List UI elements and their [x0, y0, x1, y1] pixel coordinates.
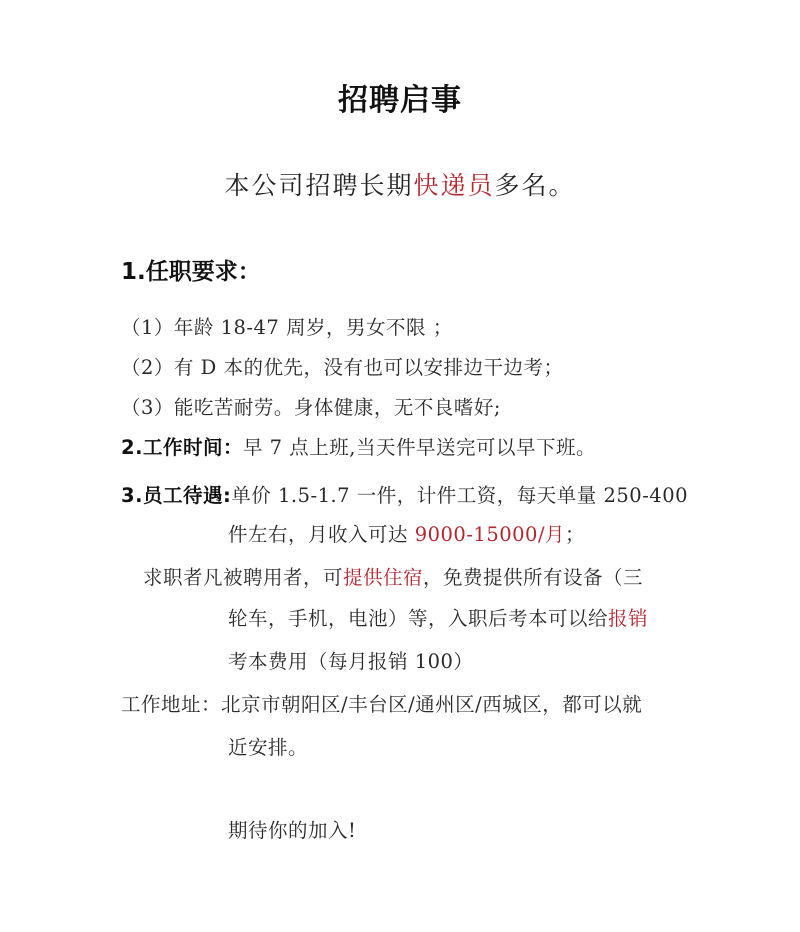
requirement-item: （1）年龄 18-47 周岁，男女不限 ；: [121, 312, 453, 340]
intro-line: 本公司招聘长期快递员多名。: [0, 166, 800, 202]
benefits-text: 求职者凡被聘用者，可: [143, 566, 343, 589]
intro-text-end: 多名。: [495, 171, 576, 200]
benefits-extra-line-2: 轮车，手机，电池）等，入职后考本可以给报销: [228, 603, 648, 631]
intro-highlight-courier: 快递员: [413, 171, 494, 200]
benefits-text: ；: [565, 523, 585, 546]
benefits-text: ，免费提供所有设备（三: [423, 566, 643, 589]
address-line-2: 近安排。: [228, 732, 308, 760]
benefits-line-1: 3.员工待遇:单价 1.5-1.7 一件，计件工资，每天单量 250-400: [121, 480, 688, 508]
benefits-line-2: 件左右，月收入可达 9000-15000/月；: [228, 519, 585, 547]
work-hours-label: 2.工作时间：: [121, 436, 243, 459]
benefits-text: 单价 1.5-1.7 一件，计件工资，每天单量 250-400: [231, 484, 688, 507]
closing-text: 期待你的加入!: [228, 815, 356, 843]
benefits-extra-line-3: 考本费用（每月报销 100）: [228, 646, 473, 674]
work-hours-text: 早 7 点上班,当天件早送完可以早下班。: [243, 436, 596, 459]
requirement-item: （2）有 D 本的优先，没有也可以安排边干边考；: [121, 352, 563, 380]
section-heading-requirements: 1.任职要求：: [121, 253, 261, 286]
benefits-text: 轮车，手机，电池）等，入职后考本可以给: [228, 607, 608, 630]
intro-text: 本公司招聘长期: [224, 171, 413, 200]
page-title: 招聘启事: [0, 75, 800, 119]
salary-highlight: 9000-15000/月: [415, 523, 565, 546]
benefits-extra-line-1: 求职者凡被聘用者，可提供住宿，免费提供所有设备（三: [143, 562, 643, 590]
housing-highlight: 提供住宿: [343, 566, 423, 589]
requirement-item: （3）能吃苦耐劳。身体健康，无不良嗜好;: [121, 392, 501, 420]
benefits-text: 件左右，月收入可达: [228, 523, 415, 546]
work-hours-line: 2.工作时间：早 7 点上班,当天件早送完可以早下班。: [121, 432, 596, 460]
reimbursement-highlight: 报销: [608, 607, 648, 630]
benefits-label: 3.员工待遇:: [121, 484, 231, 507]
address-line-1: 工作地址：北京市朝阳区/丰台区/通州区/西城区，都可以就: [121, 689, 642, 717]
